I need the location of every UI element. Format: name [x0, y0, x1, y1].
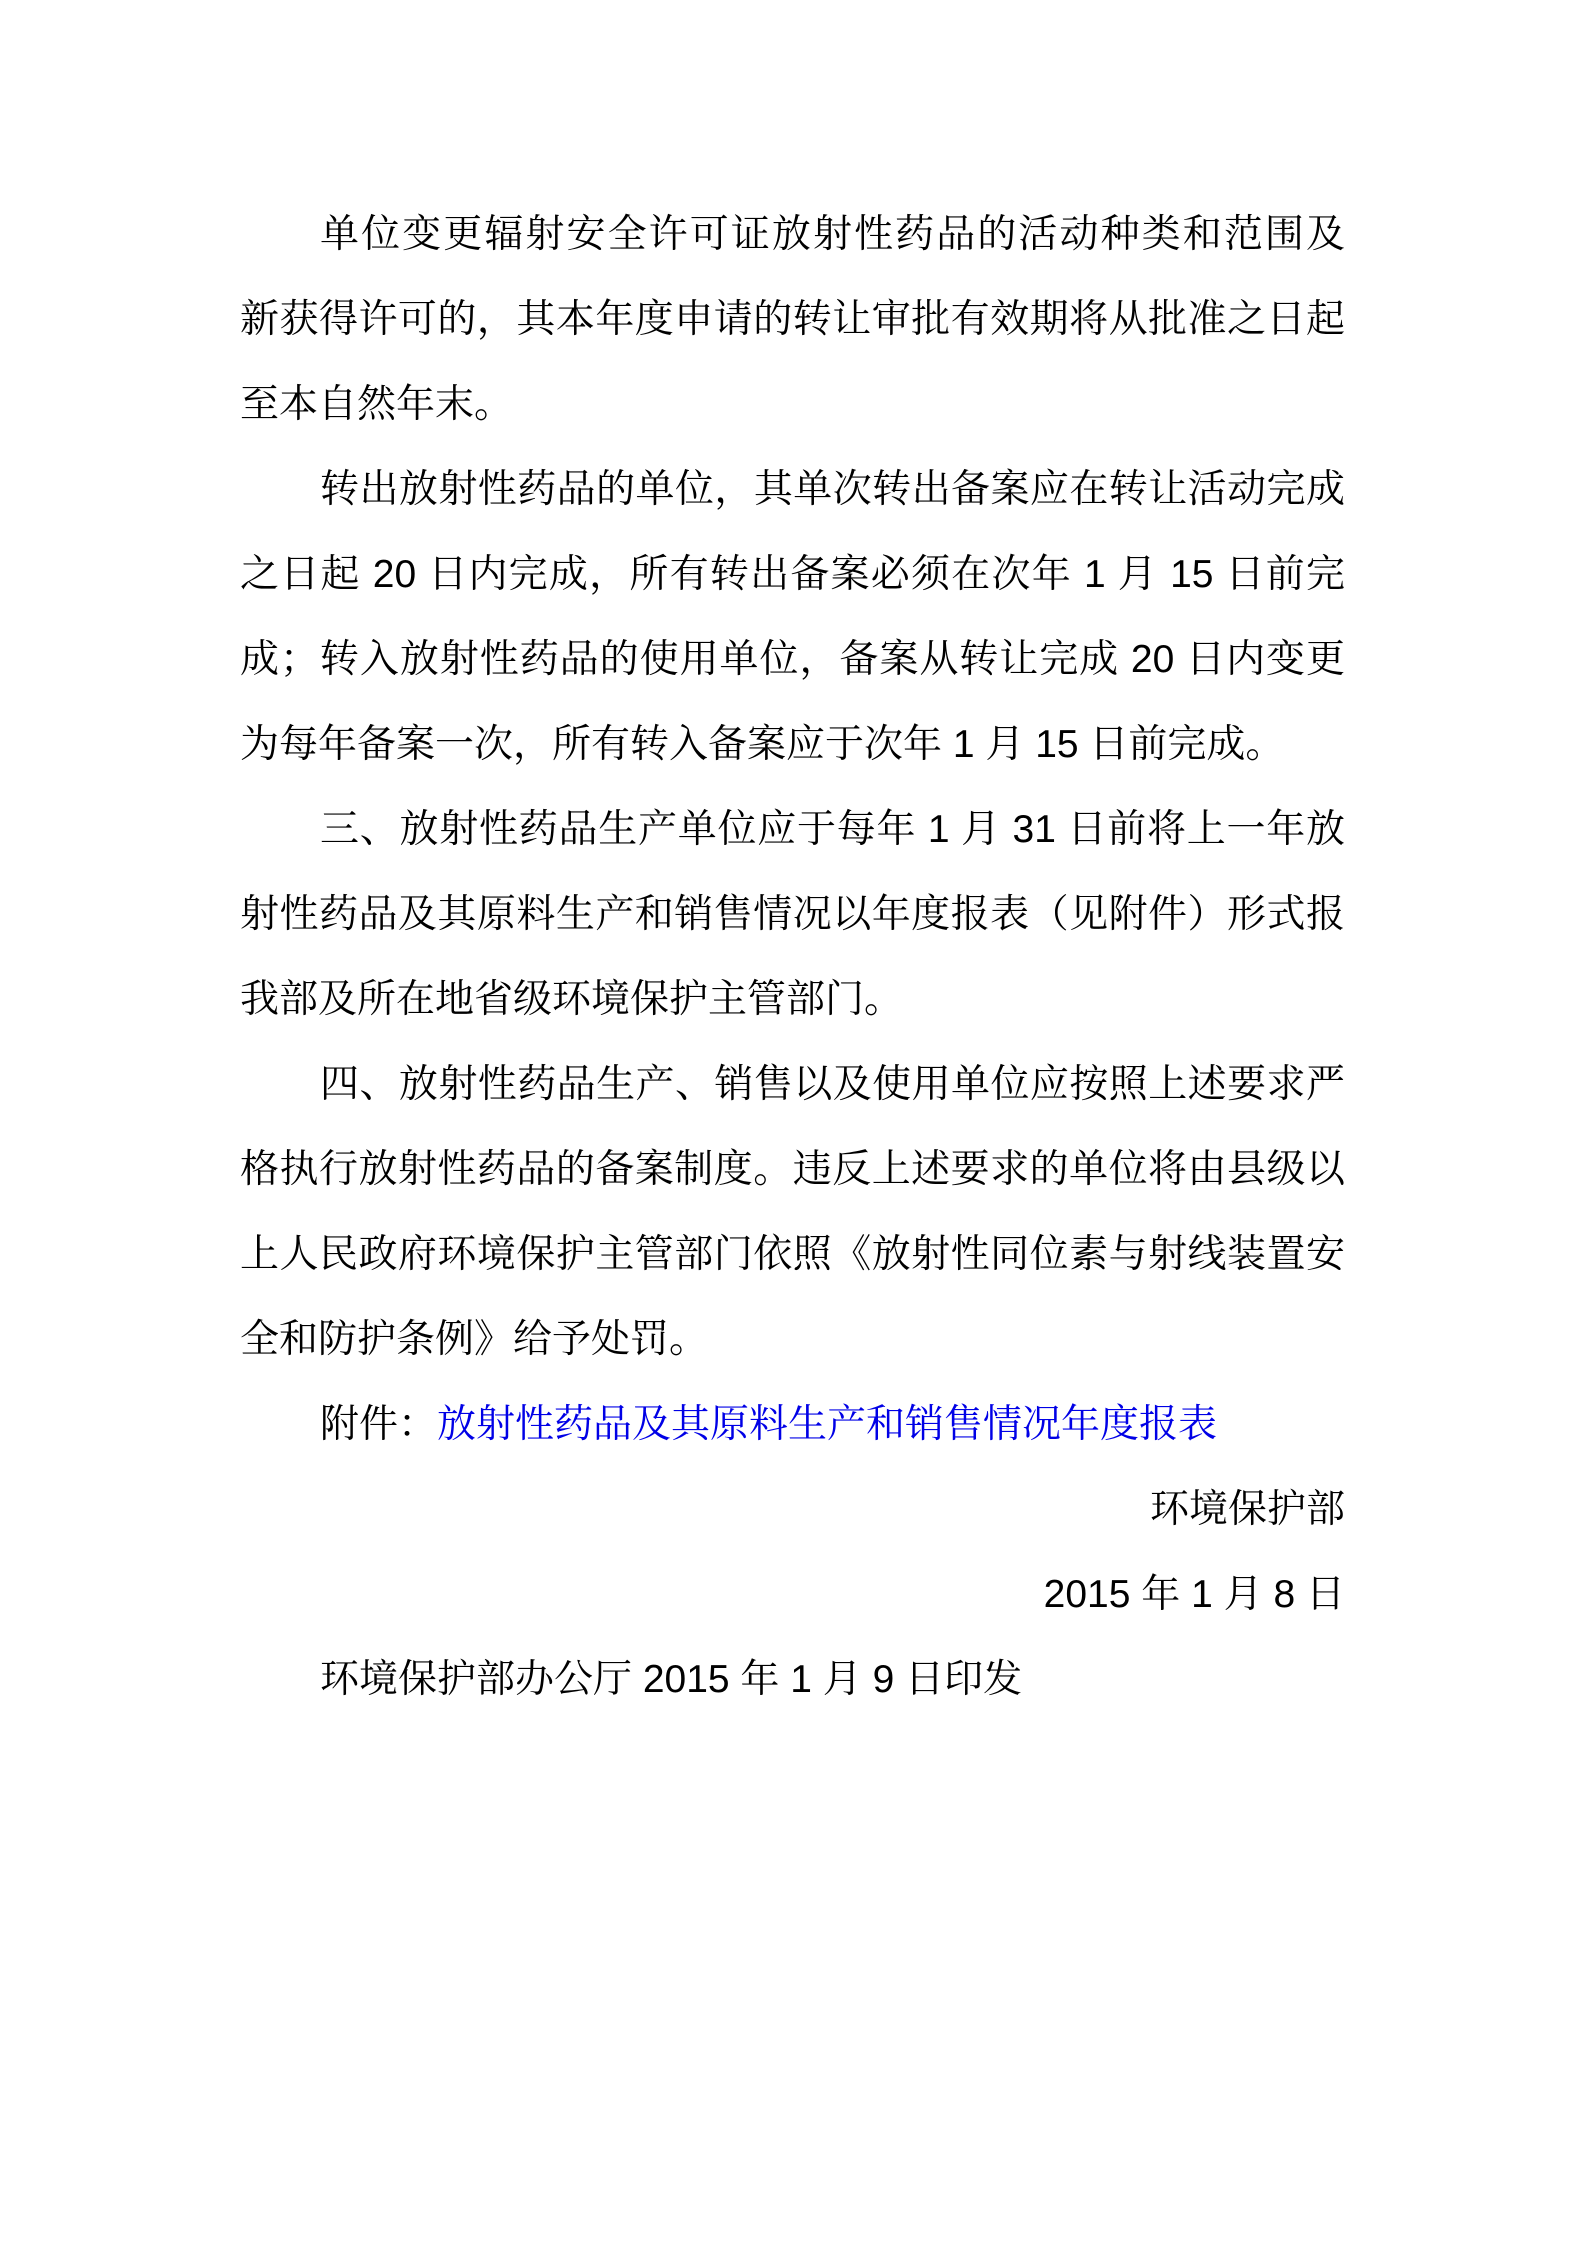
- text-line: 四、放射性药品生产、销售以及使用单位应按照上述要求严: [240, 1042, 1345, 1127]
- issue-date-line: 2015 年 1 月 8 日: [240, 1552, 1345, 1637]
- text-line: 成；转入放射性药品的使用单位，备案从转让完成 20 日内变更: [240, 617, 1345, 702]
- text-line: 上人民政府环境保护主管部门依照《放射性同位素与射线装置安: [240, 1212, 1345, 1297]
- attachment-link[interactable]: 放射性药品及其原料生产和销售情况年度报表: [437, 1403, 1217, 1446]
- print-note-line: 环境保护部办公厅 2015 年 1 月 9 日印发: [240, 1637, 1345, 1722]
- text-line: 新获得许可的，其本年度申请的转让审批有效期将从批准之日起: [240, 277, 1345, 362]
- document-body: 单位变更辐射安全许可证放射性药品的活动种类和范围及 新获得许可的，其本年度申请的…: [240, 192, 1345, 1722]
- text-line: 三、放射性药品生产单位应于每年 1 月 31 日前将上一年放: [240, 787, 1345, 872]
- text-line: 单位变更辐射安全许可证放射性药品的活动种类和范围及: [240, 192, 1345, 277]
- text-line: 我部及所在地省级环境保护主管部门。: [240, 957, 1345, 1042]
- text-line: 转出放射性药品的单位，其单次转出备案应在转让活动完成: [240, 447, 1345, 532]
- attachment-line: 附件：放射性药品及其原料生产和销售情况年度报表: [240, 1382, 1345, 1467]
- text-line: 为每年备案一次，所有转入备案应于次年 1 月 15 日前完成。: [240, 702, 1345, 787]
- issuer-line: 环境保护部: [240, 1467, 1345, 1552]
- text-line: 之日起 20 日内完成，所有转出备案必须在次年 1 月 15 日前完: [240, 532, 1345, 617]
- text-line: 格执行放射性药品的备案制度。违反上述要求的单位将由县级以: [240, 1127, 1345, 1212]
- text-line: 全和防护条例》给予处罚。: [240, 1297, 1345, 1382]
- text-line: 至本自然年末。: [240, 362, 1345, 447]
- attachment-label: 附件：: [320, 1403, 437, 1446]
- text-line: 射性药品及其原料生产和销售情况以年度报表（见附件）形式报: [240, 872, 1345, 957]
- document-page: 单位变更辐射安全许可证放射性药品的活动种类和范围及 新获得许可的，其本年度申请的…: [0, 0, 1588, 2245]
